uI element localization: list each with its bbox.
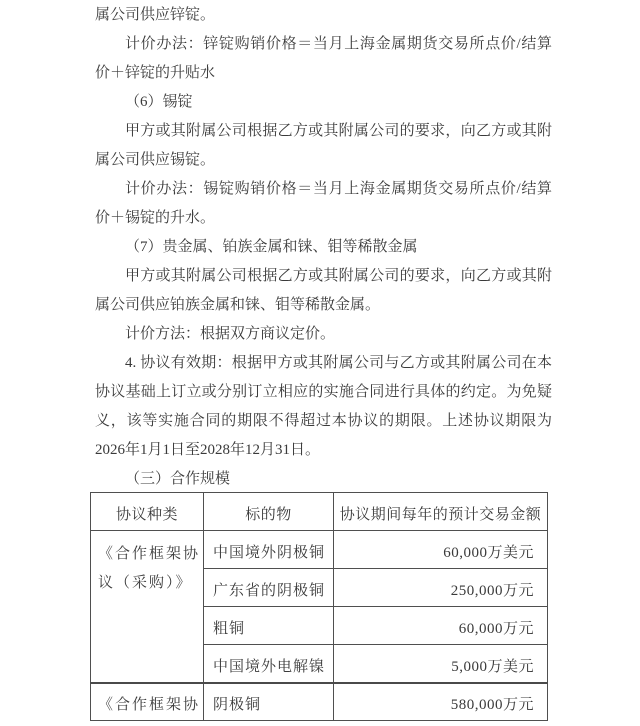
cooperation-scale-table: 协议种类 标的物 协议期间每年的预计交易金额 《合作框架协 议（采购）》 中国境… [90,492,548,721]
document-line: 协议基础上订立或分别订立相应的实施合同进行具体的约定。为免疑 [95,378,552,407]
document-line: 价＋锌锭的升贴水 [95,59,552,88]
section-heading: （三）合作规模 [95,465,552,494]
document-page: 属公司供应锌锭。 计价办法：锌锭购销价格＝当月上海金属期货交易所点价/结算 价＋… [0,0,640,726]
amount-cell: 5,000万美元 [334,645,548,683]
table-header-row: 协议种类 标的物 协议期间每年的预计交易金额 [91,493,548,531]
column-header-agreement-type: 协议种类 [91,493,204,531]
subject-cell: 中国境外阴极铜 [204,531,334,569]
document-line: （7）贵金属、铂族金属和铼、钼等稀散金属 [95,233,552,262]
subject-cell: 广东省的阴极铜 [204,569,334,607]
column-header-amount: 协议期间每年的预计交易金额 [334,493,548,531]
amount-cell: 250,000万元 [334,569,548,607]
subject-cell: 粗铜 [204,607,334,645]
document-line: 属公司供应铂族金属和铼、钼等稀散金属。 [95,291,552,320]
document-line: 甲方或其附属公司根据乙方或其附属公司的要求，向乙方或其附 [95,117,552,146]
body-text: 属公司供应锌锭。 计价办法：锌锭购销价格＝当月上海金属期货交易所点价/结算 价＋… [95,1,552,494]
amount-cell: 60,000万美元 [334,531,548,569]
subject-cell: 中国境外电解镍 [204,645,334,683]
document-line: 计价办法：锡锭购销价格＝当月上海金属期货交易所点价/结算 [95,175,552,204]
document-line: 价＋锡锭的升水。 [95,204,552,233]
document-line: 计价方法：根据双方商议定价。 [95,320,552,349]
document-line: 属公司供应锌锭。 [95,1,552,30]
amount-cell: 580,000万元 [334,683,548,721]
document-line: 4. 协议有效期：根据甲方或其附属公司与乙方或其附属公司在本 [95,349,552,378]
document-line: （6）锡锭 [95,88,552,117]
table-row: 《合作框架协 议（采购）》 中国境外阴极铜 60,000万美元 [91,531,548,569]
document-line: 甲方或其附属公司根据乙方或其附属公司的要求，向乙方或其附 [95,262,552,291]
agreement-type-cell: 《合作框架协 议（采购）》 [91,531,204,683]
document-line: 计价办法：锌锭购销价格＝当月上海金属期货交易所点价/结算 [95,30,552,59]
amount-cell: 60,000万元 [334,607,548,645]
table-row: 《合作框架协 阴极铜 580,000万元 [91,683,548,721]
agreement-type-cell: 《合作框架协 [91,683,204,721]
column-header-subject: 标的物 [204,493,334,531]
agreement-type-line: 《合作框架协 [98,540,198,569]
agreement-type-line: 议（采购）》 [98,569,198,598]
document-line: 义，该等实施合同的期限不得超过本协议的期限。上述协议期限为 [95,407,552,436]
subject-cell: 阴极铜 [204,683,334,721]
document-line: 属公司供应锡锭。 [95,146,552,175]
document-line: 2026年1月1日至2028年12月31日。 [95,436,552,465]
